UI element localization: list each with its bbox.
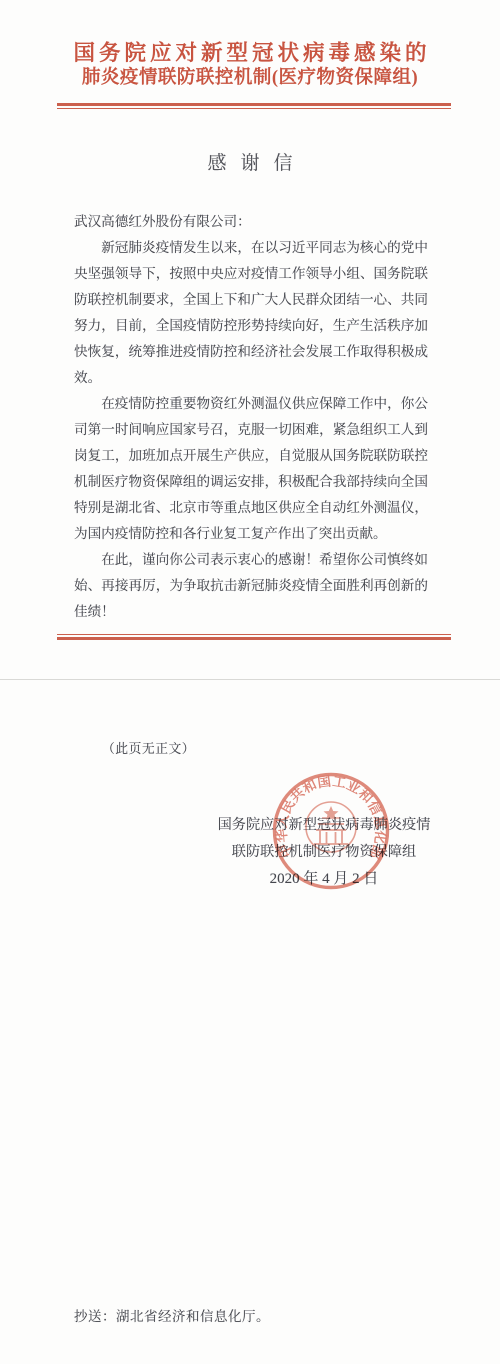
letter-body: 武汉高德红外股份有限公司： 新冠肺炎疫情发生以来，在以习近平同志为核心的党中央坚…	[74, 209, 428, 625]
signature-block: 国务院应对新型冠状病毒肺炎疫情 联防联控机制医疗物资保障组 2020 年 4 月…	[200, 812, 448, 893]
cc-line: 抄送：湖北省经济和信息化厅。	[74, 1305, 270, 1325]
scan-page-separator	[0, 679, 500, 680]
signature-org-line-2: 联防联控机制医疗物资保障组	[200, 839, 448, 866]
paragraph: 新冠肺炎疫情发生以来，在以习近平同志为核心的党中央坚强领导下，按照中央应对疫情工…	[74, 235, 428, 391]
signature-org-line-1: 国务院应对新型冠状病毒肺炎疫情	[200, 812, 448, 839]
scanned-letter-document: 国务院应对新型冠状病毒感染的 肺炎疫情联防联控机制(医疗物资保障组) 感谢信 武…	[0, 0, 500, 1364]
letterhead-line-2: 肺炎疫情联防联控机制(医疗物资保障组)	[0, 66, 500, 90]
letterhead-double-rule	[57, 103, 451, 109]
letter-title: 感谢信	[0, 148, 500, 175]
letterhead: 国务院应对新型冠状病毒感染的 肺炎疫情联防联控机制(医疗物资保障组)	[0, 41, 500, 90]
paragraph: 在疫情防控重要物资红外测温仪供应保障工作中，你公司第一时间响应国家号召，克服一切…	[74, 391, 428, 547]
closing-double-rule	[57, 634, 451, 640]
signature-date: 2020 年 4 月 2 日	[200, 866, 448, 893]
letterhead-line-1: 国务院应对新型冠状病毒感染的	[0, 41, 500, 66]
paragraph: 在此，谨向你公司表示衷心的感谢！希望你公司慎终如始、再接再厉，为争取抗击新冠肺炎…	[74, 547, 428, 625]
salutation: 武汉高德红外股份有限公司：	[74, 209, 428, 235]
no-text-notice: （此页无正文）	[102, 738, 195, 757]
